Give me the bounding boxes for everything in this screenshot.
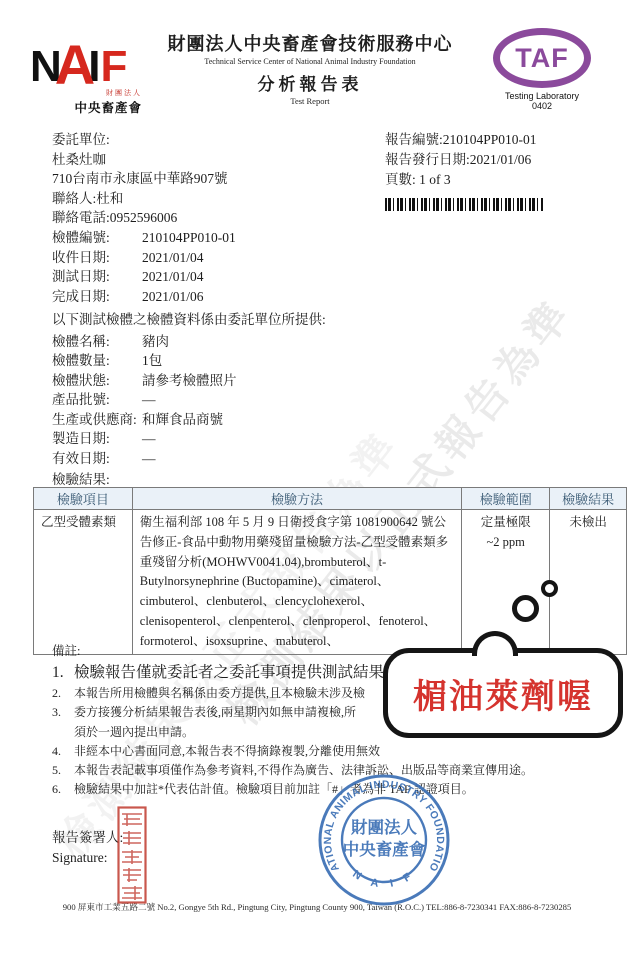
taf-lab-code: 0402 xyxy=(484,101,600,111)
sample-row: 產品批號:— xyxy=(52,390,326,410)
note-text: 本報告所用檢體與名稱係由委方提供,且本檢驗未涉及檢 xyxy=(74,684,365,703)
client-line: 710台南市永康區中華路907號 xyxy=(52,169,236,189)
note-item: 4.非經本中心書面同意,本報告表不得摘錄複製,分離使用無效 xyxy=(52,742,618,761)
naif-sub-name: 中央畜產會 xyxy=(30,98,142,116)
sample-value: 和輝食品商號 xyxy=(142,412,223,427)
note-number: 5. xyxy=(52,761,74,780)
meta-row: 檢體編號:210104PP010-01 xyxy=(52,228,236,248)
report-page: 檢測結果以正式報告為準 檢測結果以正式報告為準 NAIF 財團法人 中央畜產會 … xyxy=(0,0,634,960)
taf-logo: TAF Testing Laboratory 0402 xyxy=(484,28,600,111)
taf-lab-label: Testing Laboratory xyxy=(484,91,600,101)
sample-label: 製造日期: xyxy=(52,429,142,449)
page-count: 頁數: 1 of 3 xyxy=(385,170,543,190)
report-issue-date: 報告發行日期:2021/01/06 xyxy=(385,150,543,170)
meta-label: 測試日期: xyxy=(52,267,142,287)
sample-info: 以下測試檢體之檢體資料係由委託單位所提供: 檢體名稱:豬肉 檢體數量:1包 檢體… xyxy=(52,310,326,468)
meta-label: 收件日期: xyxy=(52,248,142,268)
sample-row: 有效日期:— xyxy=(52,449,326,469)
note-text: 檢驗報告僅就委託者之委託事項提供測試結果 xyxy=(74,661,384,684)
sample-row: 生產或供應商:和輝食品商號 xyxy=(52,410,326,430)
note-number: 3. xyxy=(52,703,74,741)
report-title: 分析報告表 xyxy=(140,70,480,95)
signature-label-en: Signature: xyxy=(52,848,123,868)
naif-logo-letters: NAIF xyxy=(30,34,152,90)
report-header: NAIF 財團法人 中央畜產會 財團法人中央畜產會技術服務中心 Technica… xyxy=(0,28,634,128)
report-title-en: Test Report xyxy=(140,96,480,106)
sample-label: 檢體名稱: xyxy=(52,332,142,352)
naif-letter-a: A xyxy=(55,33,95,96)
note-number: 6. xyxy=(52,780,74,799)
stamp-naif-text: N A I F xyxy=(350,868,417,890)
signature-block: 報告簽署人: Signature: xyxy=(52,828,123,868)
sample-row: 檢體名稱:豬肉 xyxy=(52,332,326,352)
meta-row: 完成日期:2021/01/06 xyxy=(52,287,236,307)
foundation-round-stamp: NATIONAL ANIMAL INDUSTRY FOUNDATION N A … xyxy=(316,772,452,908)
note-number: 4. xyxy=(52,742,74,761)
report-number: 報告編號:210104PP010-01 xyxy=(385,130,543,150)
naif-logo: NAIF 財團法人 中央畜產會 xyxy=(30,34,152,116)
annotation-text: 楣油萊劑喔 xyxy=(413,669,593,718)
svg-text:N A I F: N A I F xyxy=(350,868,417,890)
signature-label-zh: 報告簽署人: xyxy=(52,828,123,848)
sample-label: 生產或供應商: xyxy=(52,410,142,430)
sample-value: — xyxy=(142,431,156,446)
note-text: 本報告表記載事項僅作為參考資料,不得作為廣告、法律訴訟、出版品等商業宣傳用途。 xyxy=(74,761,533,780)
client-line: 聯絡電話:0952596006 xyxy=(52,208,236,228)
sample-value: 豬肉 xyxy=(142,334,169,349)
meta-value: 210104PP010-01 xyxy=(142,230,236,245)
sample-value: 1包 xyxy=(142,353,162,368)
meta-row: 收件日期:2021/01/04 xyxy=(52,248,236,268)
results-heading: 檢驗結果: xyxy=(52,468,110,488)
client-line: 聯絡人:杜和 xyxy=(52,189,236,209)
taf-ellipse-icon: TAF xyxy=(493,28,591,88)
meta-label: 完成日期: xyxy=(52,287,142,307)
sample-value: — xyxy=(142,451,156,466)
sample-label: 檢體狀態: xyxy=(52,371,142,391)
sample-label: 檢體數量: xyxy=(52,351,142,371)
taf-text: TAF xyxy=(515,43,568,74)
sample-label: 有效日期: xyxy=(52,449,142,469)
barcode xyxy=(385,198,543,211)
stamp-center-line2: 中央畜產會 xyxy=(343,839,426,859)
note-text: 委方接獲分析結果報告表後,兩星期內如無申請複檢,所 須於一週內提出申請。 xyxy=(74,703,356,741)
col-header-result: 檢驗結果 xyxy=(550,488,627,510)
sample-row: 製造日期:— xyxy=(52,429,326,449)
col-header-item: 檢驗項目 xyxy=(34,488,133,510)
thought-bubble-circle xyxy=(541,580,558,597)
naif-letter-f: F xyxy=(100,42,127,91)
signature-seal-stamp xyxy=(117,806,147,904)
client-line: 委託單位: xyxy=(52,130,236,150)
sample-intro: 以下測試檢體之檢體資料係由委託單位所提供: xyxy=(52,310,326,330)
thought-bubble-circle xyxy=(512,595,539,622)
sample-value: 請參考檢體照片 xyxy=(142,373,237,388)
annotation-bubble: 楣油萊劑喔 xyxy=(383,648,623,738)
cell-test-result: 未檢出 xyxy=(550,510,627,655)
sample-row: 檢體數量:1包 xyxy=(52,351,326,371)
client-info: 委託單位: 杜桑灶咖 710台南市永康區中華路907號 聯絡人:杜和 聯絡電話:… xyxy=(52,130,236,306)
meta-value: 2021/01/04 xyxy=(142,250,204,265)
cell-test-item: 乙型受體素類 xyxy=(34,510,133,655)
report-meta: 報告編號:210104PP010-01 報告發行日期:2021/01/06 頁數… xyxy=(385,130,543,211)
note-number: 1. xyxy=(52,661,74,684)
note-number: 2. xyxy=(52,684,74,703)
results-table: 檢驗項目 檢驗方法 檢驗範圍 檢驗結果 乙型受體素類 衛生福利部 108 年 5… xyxy=(33,487,627,655)
col-header-range: 檢驗範圍 xyxy=(462,488,550,510)
sample-label: 產品批號: xyxy=(52,390,142,410)
results-header-row: 檢驗項目 檢驗方法 檢驗範圍 檢驗結果 xyxy=(34,488,627,510)
stamp-center-line1: 財團法人 xyxy=(351,817,418,837)
table-row: 乙型受體素類 衛生福利部 108 年 5 月 9 日衛授食字第 10819006… xyxy=(34,510,627,655)
org-title-en: Technical Service Center of National Ani… xyxy=(140,57,480,66)
client-line: 杜桑灶咖 xyxy=(52,150,236,170)
meta-row: 測試日期:2021/01/04 xyxy=(52,267,236,287)
col-header-method: 檢驗方法 xyxy=(132,488,462,510)
title-block: 財團法人中央畜產會技術服務中心 Technical Service Center… xyxy=(140,30,480,106)
meta-label: 檢體編號: xyxy=(52,228,142,248)
sample-value: — xyxy=(142,392,156,407)
note-text: 非經本中心書面同意,本報告表不得摘錄複製,分離使用無效 xyxy=(74,742,380,761)
cell-test-method: 衛生福利部 108 年 5 月 9 日衛授食字第 1081900642 號公告修… xyxy=(132,510,462,655)
meta-value: 2021/01/06 xyxy=(142,289,204,304)
meta-value: 2021/01/04 xyxy=(142,269,204,284)
org-title: 財團法人中央畜產會技術服務中心 xyxy=(140,30,480,56)
sample-row: 檢體狀態:請參考檢體照片 xyxy=(52,371,326,391)
